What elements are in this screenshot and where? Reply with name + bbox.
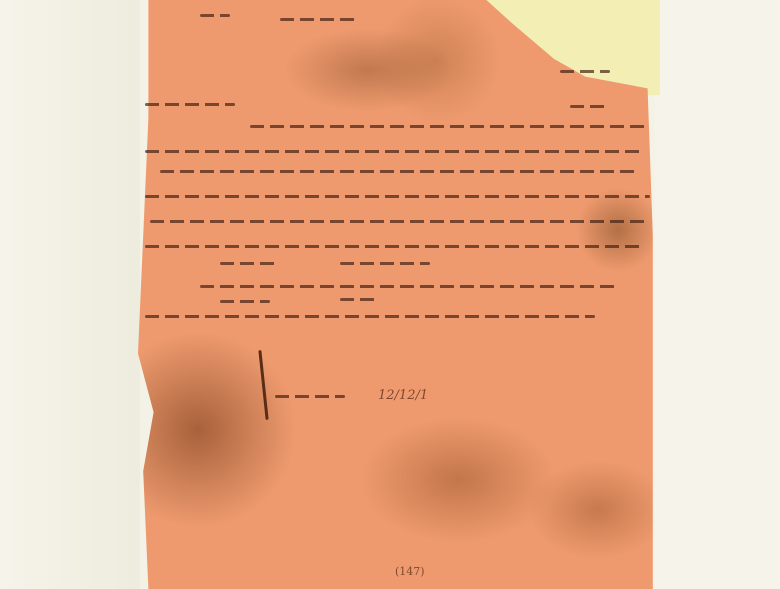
signature-line bbox=[275, 395, 345, 398]
background-right bbox=[655, 0, 780, 589]
document-sheet bbox=[138, 0, 658, 589]
background-left bbox=[0, 0, 140, 589]
page-number: (147) bbox=[395, 565, 425, 578]
date-mark: 12/12/1 bbox=[378, 388, 428, 403]
